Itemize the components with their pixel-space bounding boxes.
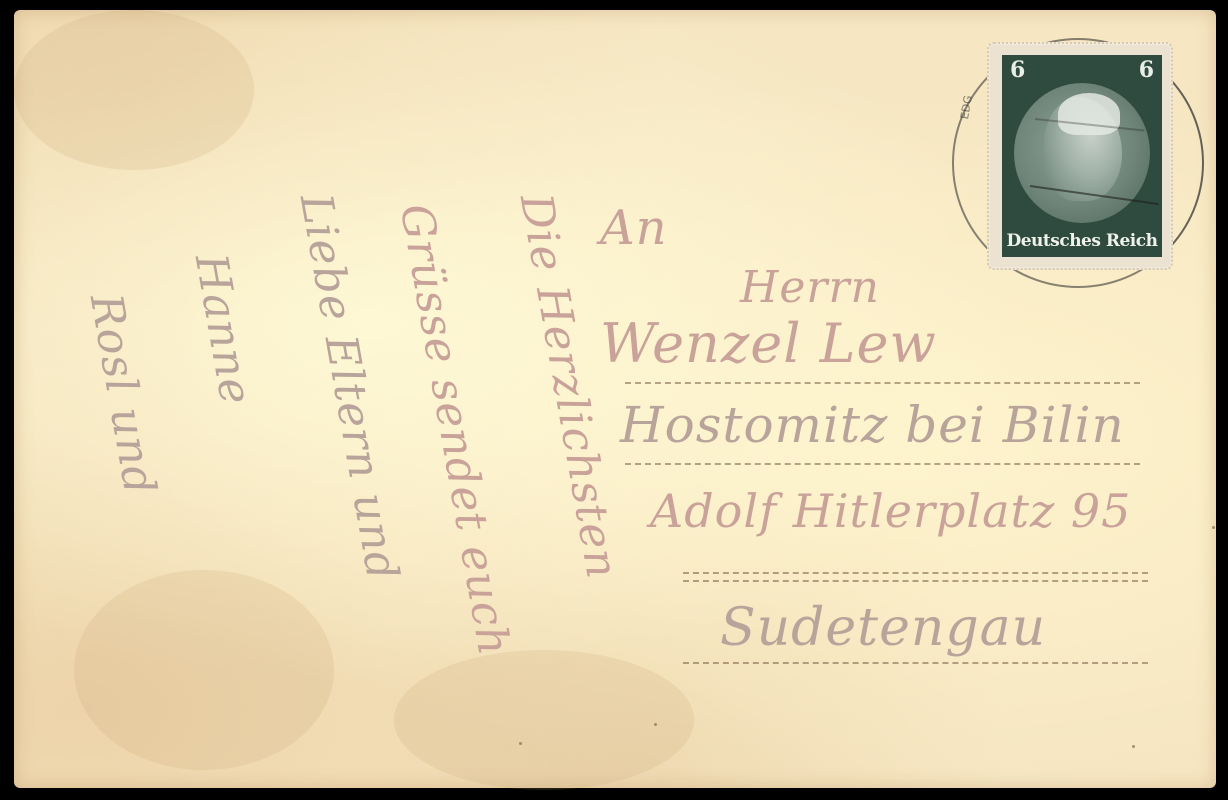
address-guide-line <box>625 463 1140 465</box>
paper-stain <box>394 650 694 790</box>
paper-stain <box>14 10 254 170</box>
address-line-title: Herrn <box>740 262 880 313</box>
address-guide-line <box>683 572 1148 574</box>
paper-speck <box>1132 745 1135 748</box>
address-line-salutation: An <box>600 200 668 256</box>
address-line-town: Hostomitz bei Bilin <box>620 396 1125 454</box>
stamp-value-right: 6 <box>1139 57 1154 83</box>
paper-speck <box>654 723 657 726</box>
address-line-street: Adolf Hitlerplatz 95 <box>650 484 1131 538</box>
address-guide-line <box>683 580 1148 582</box>
portrait-hair <box>1058 93 1120 135</box>
address-line-name: Wenzel Lew <box>600 312 937 375</box>
address-line-region: Sudetengau <box>720 598 1046 658</box>
paper-stain <box>74 570 334 770</box>
paper-speck <box>1212 526 1215 529</box>
stamp-frame: 6 6 Deutsches Reich <box>1002 55 1162 257</box>
stamp-inscription: Deutsches Reich <box>1002 231 1162 251</box>
paper-speck <box>519 742 522 745</box>
address-guide-line <box>683 662 1148 664</box>
address-guide-line <box>625 382 1140 384</box>
profile-portrait-icon <box>1014 83 1150 223</box>
stamp-value-left: 6 <box>1010 57 1025 83</box>
postage-stamp: 6 6 Deutsches Reich <box>990 45 1170 267</box>
